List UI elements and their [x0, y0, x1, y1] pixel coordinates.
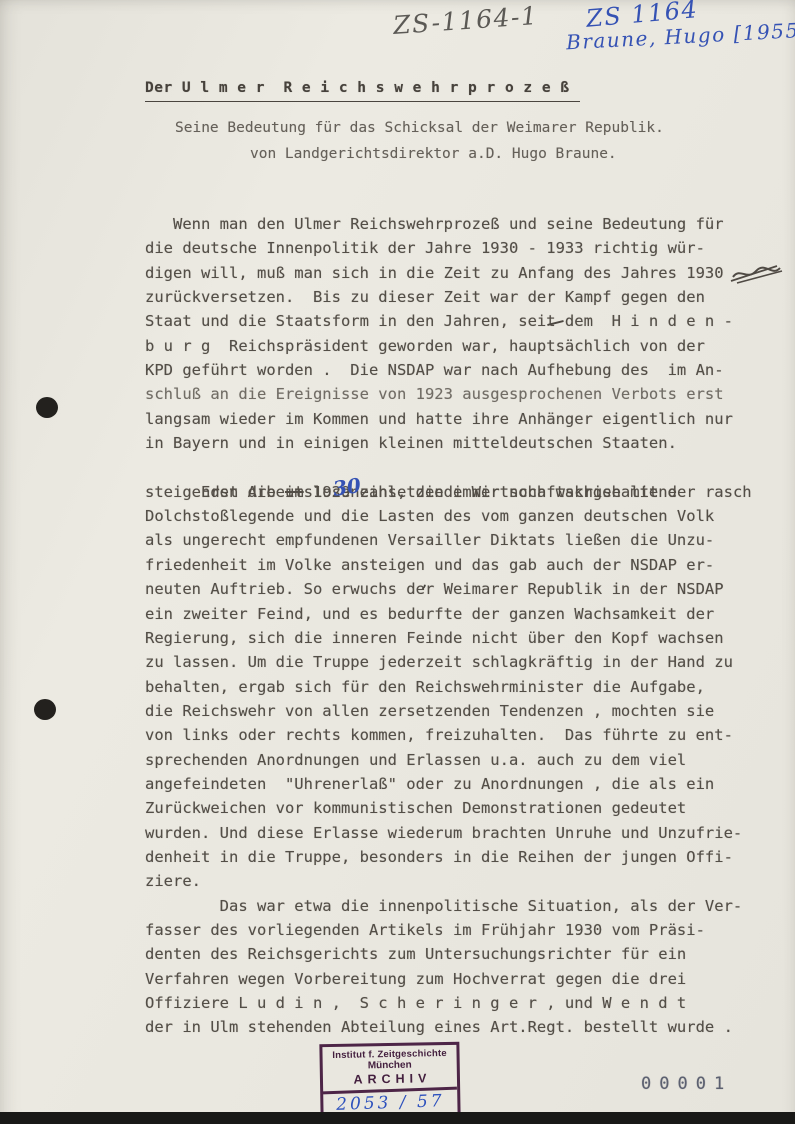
text-line: ziere.	[145, 869, 785, 893]
text-line: b u r g Reichspräsident geworden war, ha…	[145, 334, 785, 358]
text-line: zurückversetzen. Bis zu dieser Zeit war …	[145, 285, 785, 309]
text-line: die deutsche Innenpolitik der Jahre 1930…	[145, 236, 785, 260]
strikeout-scribble-mark	[728, 262, 784, 290]
page-number-stamp: 00001	[641, 1074, 732, 1094]
text-line: behalten, ergab sich für den Reichswehrm…	[145, 675, 785, 699]
text-line: Offiziere L u d i n , S c h e r i n g e …	[145, 991, 785, 1015]
text-line: Regierung, sich die inneren Feinde nicht…	[145, 626, 785, 650]
text-line: Verfahren wegen Vorbereitung zum Hochver…	[145, 967, 785, 991]
text-line: von links oder rechts kommen, freizuhalt…	[145, 723, 785, 747]
text-line: digen will, muß man sich in die Zeit zu …	[145, 261, 785, 285]
text-line: langsam wieder im Kommen und hatte ihre …	[145, 407, 785, 431]
text-line: als ungerecht empfundenen Versailler Dik…	[145, 528, 785, 552]
hole-punch-mark-top	[36, 397, 58, 418]
text-line: KPD geführt worden . Die NSDAP war nach …	[145, 358, 785, 382]
text-line: Das war etwa die innenpolitische Situati…	[145, 894, 785, 918]
text-line: ein zweiter Feind, und es bedurfte der g…	[145, 602, 785, 626]
stamp-institute-line: Institut f. Zeitgeschichte	[322, 1045, 456, 1061]
text-line: Wenn man den Ulmer Reichswehrprozeß und …	[145, 212, 785, 236]
text-line: Dolchstoßlegende und die Lasten des vom …	[145, 504, 785, 528]
handwritten-correction: 30	[331, 473, 362, 501]
text-line: zu lassen. Um die Truppe jederzeit schla…	[145, 650, 785, 674]
text-line: schluß an die Ereignisse von 1923 ausges…	[145, 382, 785, 406]
typewritten-body: Wenn man den Ulmer Reichswehrprozeß und …	[145, 212, 785, 1040]
text-line-with-correction: Erst die um 192930 einsetzende Wirtschaf…	[145, 455, 785, 479]
archive-stamp: Institut f. Zeitgeschichte München ARCHI…	[319, 1042, 460, 1120]
archive-id-pencil: ZS-1164-1	[392, 1, 539, 40]
text-line: der in Ulm stehenden Abteilung eines Art…	[145, 1015, 785, 1039]
document-subtitle: Seine Bedeutung für das Schicksal der We…	[175, 120, 664, 136]
document-author-line: von Landgerichtsdirektor a.D. Hugo Braun…	[250, 146, 617, 162]
text-line: friedenheit im Volke ansteigen und das g…	[145, 553, 785, 577]
text-line: denheit in die Truppe, besonders in die …	[145, 845, 785, 869]
scan-edge-strip	[0, 1112, 795, 1124]
text-line: Zurückweichen vor kommunistischen Demons…	[145, 796, 785, 820]
overwritten-digits: 2930	[332, 480, 351, 504]
text-line: in Bayern und in einigen kleinen mitteld…	[145, 431, 785, 455]
text-line: denten des Reichsgerichts zum Untersuchu…	[145, 942, 785, 966]
text-line: die Reichswehr von allen zersetzenden Te…	[145, 699, 785, 723]
hole-punch-mark-bottom	[34, 699, 56, 720]
scanned-document-page: ZS-1164-1 ZS 1164 Braune, Hugo [1955] De…	[0, 0, 795, 1124]
text-line: fasser des vorliegenden Artikels im Früh…	[145, 918, 785, 942]
text-line: wurden. Und diese Erlasse wiederum brach…	[145, 821, 785, 845]
document-title: Der U l m e r R e i c h s w e h r p r o …	[145, 80, 580, 102]
text-line: Staat und die Staatsform in den Jahren, …	[145, 309, 785, 333]
text-line: sprechenden Anordnungen und Erlassen u.a…	[145, 748, 785, 772]
text-line: neuten Auftrieb. So erwuchs der Weimarer…	[145, 577, 785, 601]
text-line: angefeindeten "Uhrenerlaß" oder zu Anord…	[145, 772, 785, 796]
